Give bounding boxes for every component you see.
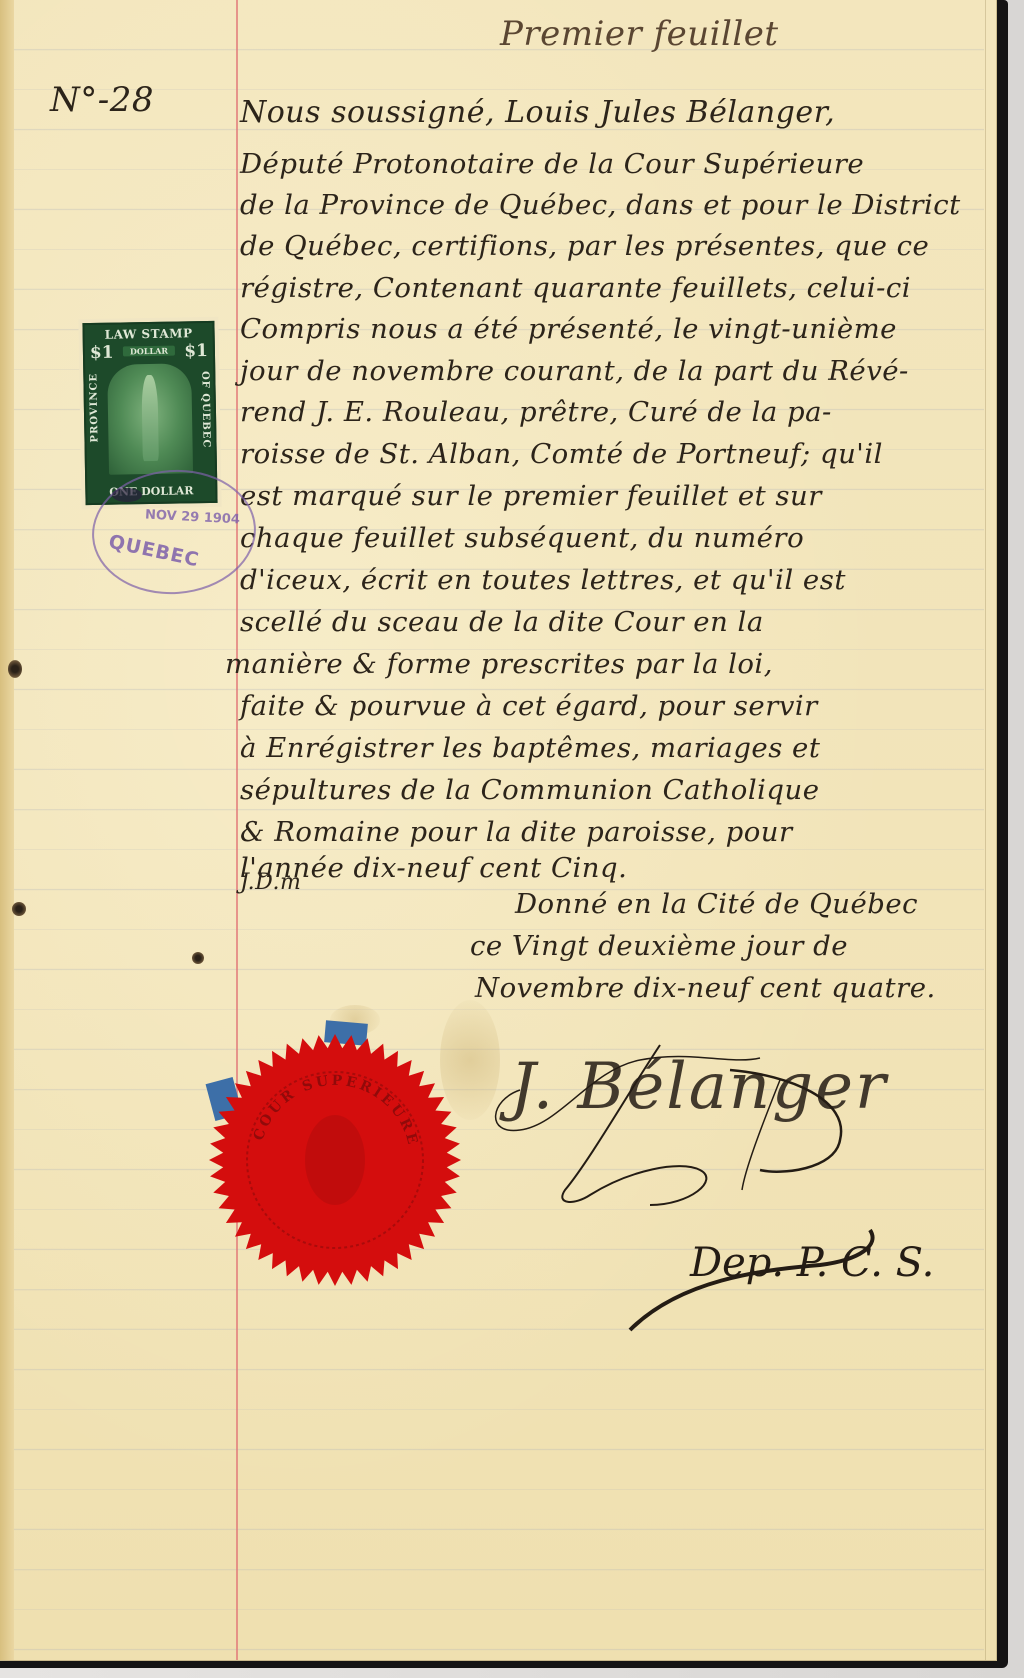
body-line: scellé du sceau de la dite Cour en la: [240, 606, 764, 638]
body-line: régistre, Contenant quarante feuillets, …: [240, 272, 911, 304]
body-line: chaque feuillet subséquent, du numéro: [240, 522, 804, 554]
signature: J. Bélanger: [510, 1050, 888, 1124]
ink-spot: [192, 952, 204, 964]
closing-line: Donné en la Cité de Québec: [515, 888, 918, 920]
register-page: Premier feuillet N°-28 Nous soussigné, L…: [0, 0, 997, 1661]
stamp-top-label: LAW STAMP: [85, 326, 213, 342]
ink-smudge: [112, 488, 142, 502]
red-margin-line: [236, 0, 238, 1660]
page-right-edge: [985, 0, 986, 1660]
body-line: d'iceux, écrit en toutes lettres, et qu'…: [240, 564, 846, 596]
body-line: sépultures de la Communion Catholique: [240, 774, 820, 806]
stamp-denomination: DOLLAR: [123, 346, 175, 357]
body-line: Nous soussigné, Louis Jules Bélanger,: [240, 95, 835, 130]
body-line: de la Province de Québec, dans et pour l…: [240, 189, 961, 221]
signature-title: Dep. P. C. S.: [690, 1240, 934, 1286]
margin-initials: J.D.m: [240, 870, 301, 895]
binding-hole: [8, 660, 22, 678]
stamp-side-left: PROVINCE: [88, 373, 100, 443]
page-left-edge: [0, 0, 14, 1660]
body-line: de Québec, certifions, par les présentes…: [240, 230, 929, 262]
stamp-value-right: $1: [184, 341, 208, 361]
body-line: & Romaine pour la dite paroisse, pour: [240, 816, 793, 848]
body-line: Compris nous a été présenté, le vingt-un…: [240, 313, 897, 345]
seal-starburst-icon: COUR SUPERIEURE: [205, 1020, 465, 1300]
body-line: manière & forme prescrites par la loi,: [225, 648, 773, 680]
body-line: à Enrégistrer les baptêmes, mariages et: [240, 732, 820, 764]
body-line: Député Protonotaire de la Cour Supérieur…: [240, 148, 864, 180]
binding-hole: [12, 902, 26, 916]
stamp-value-left: $1: [90, 343, 114, 363]
body-line: rend J. E. Rouleau, prêtre, Curé de la p…: [240, 396, 832, 428]
stamp-side-right: OF QUEBEC: [199, 371, 211, 449]
body-line: est marqué sur le premier feuillet et su…: [240, 480, 822, 512]
page-header-title: Premier feuillet: [500, 14, 779, 54]
body-line: jour de novembre courant, de la part du …: [240, 355, 909, 387]
justice-figure-icon: [107, 363, 193, 474]
entry-number: N°-28: [50, 80, 154, 120]
closing-line: Novembre dix-neuf cent quatre.: [475, 972, 936, 1004]
body-line: roisse de St. Alban, Comté de Portneuf; …: [240, 438, 883, 470]
closing-line: ce Vingt deuxième jour de: [470, 930, 848, 962]
body-line: faite & pourvue à cet égard, pour servir: [240, 690, 818, 722]
court-seal: COUR SUPERIEURE: [205, 1020, 465, 1300]
